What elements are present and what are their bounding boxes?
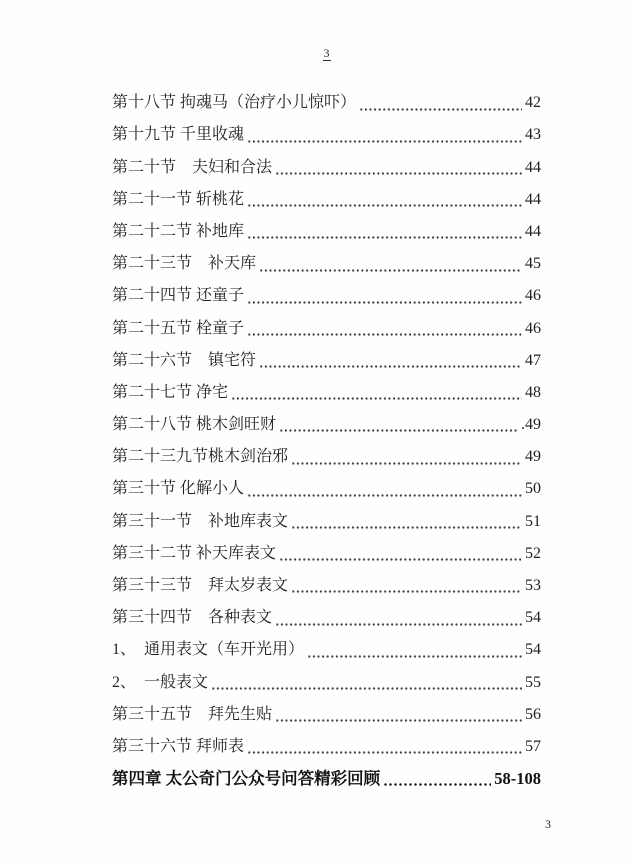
toc-entry-page: 47	[525, 346, 541, 376]
toc-entry: 第十八节 拘魂马（治疗小儿惊吓） 42	[112, 86, 541, 118]
dot-leader	[279, 539, 522, 569]
toc-entry: 第三十二节 补天库表文 52	[112, 537, 541, 569]
toc-entry-page: 57	[525, 732, 541, 762]
toc-entry-page: 48	[525, 378, 541, 408]
toc-entry: 第二十节 夫妇和合法 44	[112, 150, 541, 182]
dot-leader	[383, 764, 491, 794]
toc-entry-label: 第三十六节 拜师表	[112, 732, 244, 762]
toc-entry-label: 第三十节 化解小人	[112, 474, 244, 504]
toc-entry: 第三十三节 拜太岁表文 53	[112, 569, 541, 601]
toc-entry-label: 第二十四节 还童子	[112, 281, 244, 311]
toc-entry: 第三十四节 各种表文 54	[112, 601, 541, 633]
toc-entry: 1、 通用表文（车开光用） 54	[112, 633, 541, 665]
toc-entry: 第三十一节 补地库表文 51	[112, 504, 541, 536]
toc-entry: 第二十一节 斩桃花 44	[112, 183, 541, 215]
toc-entry-label: 第三十四节 各种表文	[112, 603, 272, 633]
toc-entry-label: 第二十五节 栓童子	[112, 314, 244, 344]
toc-entry: 第二十二节 补地库 44	[112, 215, 541, 247]
dot-leader	[275, 153, 522, 183]
dot-leader	[247, 474, 522, 504]
toc-entry-label: 1、 通用表文（车开光用）	[112, 635, 304, 665]
toc-entry-page: 56	[525, 700, 541, 730]
dot-leader	[247, 314, 522, 344]
dot-leader	[247, 732, 522, 762]
toc-entry-label: 第三十一节 补地库表文	[112, 507, 288, 537]
toc-entry: 第二十三九节桃木剑治邪 49	[112, 440, 541, 472]
toc-entry-page: 51	[525, 507, 541, 537]
toc-entry-page: .49	[521, 410, 541, 440]
toc-entry: 第二十八节 桃木剑旺财 .49	[112, 408, 541, 440]
toc-entry: 2、 一般表文 55	[112, 665, 541, 697]
header-page-number: 3	[112, 46, 541, 61]
toc-entry: 第二十三节 补天库 45	[112, 247, 541, 279]
dot-leader	[259, 346, 522, 376]
toc-entry-label: 第二十六节 镇宅符	[112, 346, 256, 376]
toc-entry-label: 第二十八节 桃木剑旺财	[112, 410, 276, 440]
toc-entry-label: 第二十节 夫妇和合法	[112, 153, 272, 183]
toc-entry: 第二十五节 栓童子 46	[112, 311, 541, 343]
toc-entry-label: 第三十五节 拜先生贴	[112, 700, 272, 730]
toc-entry-page: 42	[525, 88, 541, 118]
toc-entry: 第二十七节 净宅 48	[112, 376, 541, 408]
toc-entry: 第三十五节 拜先生贴 56	[112, 698, 541, 730]
toc-entry: 第十九节 千里收魂 43	[112, 118, 541, 150]
toc-chapter-entry: 第四章 太公奇门公众号问答精彩回顾 58-108	[112, 762, 541, 794]
toc-entry-page: 50	[525, 474, 541, 504]
dot-leader	[247, 185, 522, 215]
toc-entry: 第二十四节 还童子 46	[112, 279, 541, 311]
toc-entry-page: 44	[525, 185, 541, 215]
document-page: 3 第十八节 拘魂马（治疗小儿惊吓） 42 第十九节 千里收魂 43 第二十节 …	[0, 0, 633, 866]
toc-entry-label: 第三十二节 补天库表文	[112, 539, 276, 569]
toc-entry-label: 第十八节 拘魂马（治疗小儿惊吓）	[112, 88, 356, 118]
toc-entry-label: 2、 一般表文	[112, 668, 208, 698]
dot-leader	[275, 603, 522, 633]
toc-entry: 第二十六节 镇宅符 47	[112, 344, 541, 376]
toc-entry-page: 54	[525, 603, 541, 633]
toc-entry: 第三十六节 拜师表 57	[112, 730, 541, 762]
dot-leader	[231, 378, 522, 408]
toc-entry-page: 55	[525, 668, 541, 698]
toc-entry-page: 58-108	[494, 764, 541, 794]
dot-leader	[247, 281, 522, 311]
toc-entry-label: 第二十三节 补天库	[112, 249, 256, 279]
toc-entry-page: 49	[525, 442, 541, 472]
dot-leader	[247, 217, 522, 247]
toc-entry-page: 54	[525, 635, 541, 665]
toc-entry-label: 第十九节 千里收魂	[112, 120, 244, 150]
dot-leader	[307, 635, 522, 665]
dot-leader	[291, 571, 522, 601]
toc-entry: 第三十节 化解小人 50	[112, 472, 541, 504]
toc-entry-page: 53	[525, 571, 541, 601]
toc-entry-label: 第二十一节 斩桃花	[112, 185, 244, 215]
toc-entry-page: 44	[525, 153, 541, 183]
dot-leader	[211, 668, 522, 698]
header-page-number-value: 3	[323, 46, 331, 61]
toc-entry-label: 第二十三九节桃木剑治邪	[112, 442, 288, 472]
toc-entry-label: 第二十二节 补地库	[112, 217, 244, 247]
toc-entry-label: 第三十三节 拜太岁表文	[112, 571, 288, 601]
dot-leader	[275, 700, 522, 730]
toc-entry-page: 46	[525, 314, 541, 344]
footer-page-number: 3	[545, 817, 551, 832]
toc-entry-page: 52	[525, 539, 541, 569]
toc-entry-page: 43	[525, 120, 541, 150]
toc-entry-page: 45	[525, 249, 541, 279]
dot-leader	[359, 88, 522, 118]
dot-leader	[259, 249, 522, 279]
toc-entry-page: 44	[525, 217, 541, 247]
toc-entry-label: 第四章 太公奇门公众号问答精彩回顾	[112, 764, 380, 794]
toc-entry-label: 第二十七节 净宅	[112, 378, 228, 408]
dot-leader	[291, 442, 522, 472]
dot-leader	[247, 120, 522, 150]
dot-leader	[291, 507, 522, 537]
table-of-contents: 第十八节 拘魂马（治疗小儿惊吓） 42 第十九节 千里收魂 43 第二十节 夫妇…	[112, 86, 541, 794]
toc-entry-page: 46	[525, 281, 541, 311]
dot-leader	[279, 410, 518, 440]
